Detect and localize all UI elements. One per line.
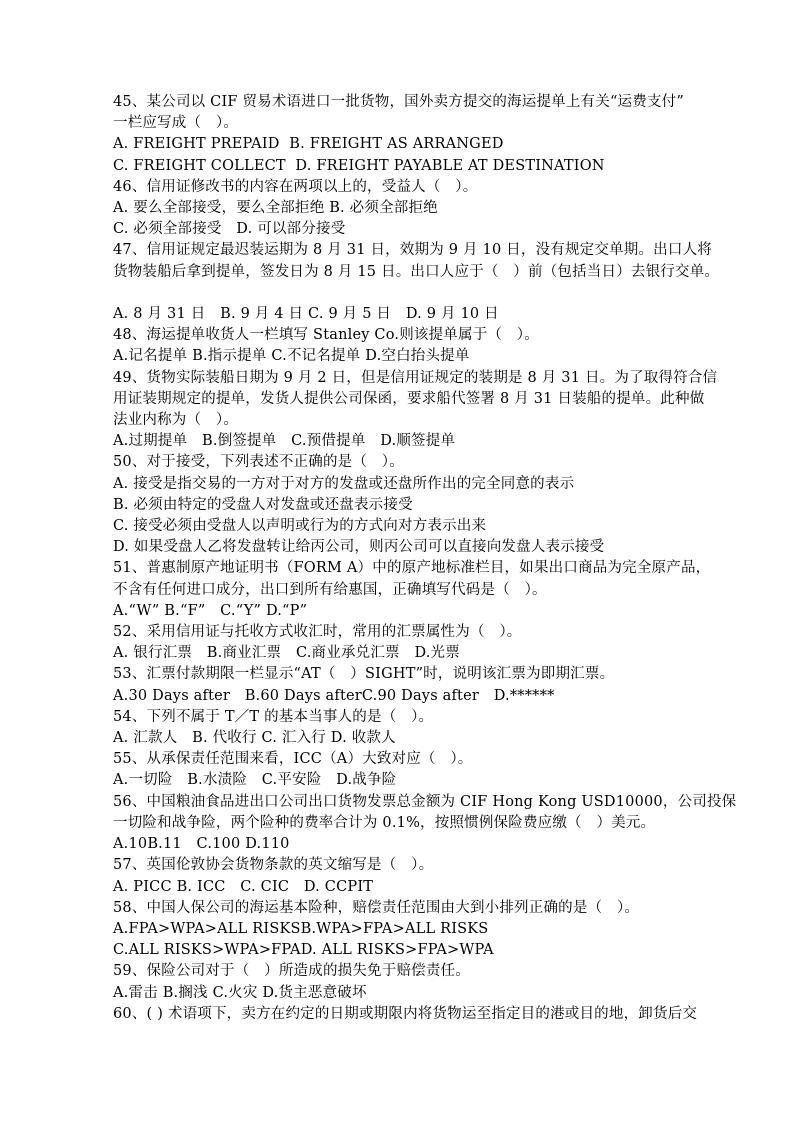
question-56: 56、中国粮油食品进出口公司出口货物发票总金额为 CIF Hong Kong U… [113,792,688,856]
question-line: 一切险和战争险，两个险种的费率合计为 0.1%，按照惯例保险费应缴（ ）美元。 [113,813,688,834]
question-line: 一栏应写成（ ）。 [113,113,688,134]
question-line: A.记名提单 B.指示提单 C.不记名提单 D.空白抬头提单 [113,346,688,367]
question-line: C.ALL RISKS>WPA>FPAD. ALL RISKS>FPA>WPA [113,940,688,961]
question-line: 49、货物实际装船日期为 9 月 2 日，但是信用证规定的装期是 8 月 31 … [113,368,688,389]
question-line: 60、( ) 术语项下，卖方在约定的日期或期限内将货物运至指定目的港或目的地，卸… [113,1004,688,1025]
question-47: 47、信用证规定最迟装运期为 8 月 31 日，效期为 9 月 10 日，没有规… [113,240,688,325]
question-line: 48、海运提单收货人一栏填写 Stanley Co.则该提单属于（ ）。 [113,325,688,346]
question-line: 不含有任何进口成分，出口到所有给惠国，正确填写代码是（ ）。 [113,580,688,601]
question-line: A.雷击 B.搁浅 C.火灾 D.货主恶意破坏 [113,983,688,1004]
question-line: A. 要么全部接受，要么全部拒绝 B. 必须全部拒绝 [113,198,688,219]
question-48: 48、海运提单收货人一栏填写 Stanley Co.则该提单属于（ ）。A.记名… [113,325,688,367]
question-line: A.一切险 B.水渍险 C.平安险 D.战争险 [113,770,688,791]
question-51: 51、普惠制原产地证明书（FORM A）中的原产地标准栏目，如果出口商品为完全原… [113,558,688,622]
question-line: 法业内称为（ ）。 [113,410,688,431]
question-54: 54、下列不属于 T／T 的基本当事人的是（ ）。A. 汇款人 B. 代收行 C… [113,707,688,749]
question-line: C. 必须全部接受 D. 可以部分接受 [113,219,688,240]
question-line: A. FREIGHT PREPAID B. FREIGHT AS ARRANGE… [113,134,688,155]
question-59: 59、保险公司对于（ ）所造成的损失免于赔偿责任。A.雷击 B.搁浅 C.火灾 … [113,961,688,1003]
document-page: 45、某公司以 CIF 贸易术语进口一批货物，国外卖方提交的海运提单上有关“运费… [0,0,794,1123]
question-line: A. 汇款人 B. 代收行 C. 汇入行 D. 收款人 [113,728,688,749]
question-60: 60、( ) 术语项下，卖方在约定的日期或期限内将货物运至指定目的港或目的地，卸… [113,1004,688,1025]
question-line: 58、中国人保公司的海运基本险种，赔偿责任范围由大到小排列正确的是（ ）。 [113,898,688,919]
question-line: 57、英国伦敦协会货物条款的英文缩写是（ ）。 [113,855,688,876]
question-line: A.过期提单 B.倒签提单 C.预借提单 D.顺签提单 [113,431,688,452]
question-52: 52、采用信用证与托收方式收汇时，常用的汇票属性为（ ）。A. 银行汇票 B.商… [113,622,688,664]
blank-line [113,283,688,304]
question-line: 54、下列不属于 T／T 的基本当事人的是（ ）。 [113,707,688,728]
question-line: A.10B.11 C.100 D.110 [113,834,688,855]
question-line: 50、对于接受，下列表述不正确的是（ ）。 [113,452,688,473]
question-line: 46、信用证修改书的内容在两项以上的，受益人（ ）。 [113,177,688,198]
question-line: A. 接受是指交易的一方对于对方的发盘或还盘所作出的完全同意的表示 [113,474,688,495]
question-49: 49、货物实际装船日期为 9 月 2 日，但是信用证规定的装期是 8 月 31 … [113,368,688,453]
question-line: 56、中国粮油食品进出口公司出口货物发票总金额为 CIF Hong Kong U… [113,792,688,813]
question-line: C. FREIGHT COLLECT D. FREIGHT PAYABLE AT… [113,156,688,177]
question-line: A. PICC B. ICC C. CIC D. CCPIT [113,877,688,898]
question-line: A.30 Days after B.60 Days afterC.90 Days… [113,686,688,707]
question-line: B. 必须由特定的受盘人对发盘或还盘表示接受 [113,495,688,516]
question-57: 57、英国伦敦协会货物条款的英文缩写是（ ）。A. PICC B. ICC C.… [113,855,688,897]
question-line: D. 如果受盘人乙将发盘转让给丙公司，则丙公司可以直接向发盘人表示接受 [113,537,688,558]
question-line: A. 8 月 31 日 B. 9 月 4 日 C. 9 月 5 日 D. 9 月… [113,304,688,325]
question-45: 45、某公司以 CIF 贸易术语进口一批货物，国外卖方提交的海运提单上有关“运费… [113,92,688,177]
question-line: 52、采用信用证与托收方式收汇时，常用的汇票属性为（ ）。 [113,622,688,643]
question-line: 51、普惠制原产地证明书（FORM A）中的原产地标准栏目，如果出口商品为完全原… [113,558,688,579]
question-line: 货物装船后拿到提单，签发日为 8 月 15 日。出口人应于（ ）前（包括当日）去… [113,262,688,283]
question-line: A.FPA>WPA>ALL RISKSB.WPA>FPA>ALL RISKS [113,919,688,940]
question-line: 59、保险公司对于（ ）所造成的损失免于赔偿责任。 [113,961,688,982]
question-line: 45、某公司以 CIF 贸易术语进口一批货物，国外卖方提交的海运提单上有关“运费… [113,92,688,113]
question-53: 53、汇票付款期限一栏显示“AT（ ）SIGHT”时，说明该汇票为即期汇票。A.… [113,664,688,706]
question-line: A.“W” B.“F” C.“Y” D.“P” [113,601,688,622]
question-line: 用证装期规定的提单，发货人提供公司保函，要求船代签署 8 月 31 日装船的提单… [113,389,688,410]
question-line: 47、信用证规定最迟装运期为 8 月 31 日，效期为 9 月 10 日，没有规… [113,240,688,261]
question-list: 45、某公司以 CIF 贸易术语进口一批货物，国外卖方提交的海运提单上有关“运费… [113,92,688,1025]
question-line: 55、从承保责任范围来看，ICC（A）大致对应（ ）。 [113,749,688,770]
question-line: A. 银行汇票 B.商业汇票 C.商业承兑汇票 D.光票 [113,643,688,664]
question-line: 53、汇票付款期限一栏显示“AT（ ）SIGHT”时，说明该汇票为即期汇票。 [113,664,688,685]
question-50: 50、对于接受，下列表述不正确的是（ ）。A. 接受是指交易的一方对于对方的发盘… [113,452,688,558]
question-46: 46、信用证修改书的内容在两项以上的，受益人（ ）。A. 要么全部接受，要么全部… [113,177,688,241]
question-line: C. 接受必须由受盘人以声明或行为的方式向对方表示出来 [113,516,688,537]
question-58: 58、中国人保公司的海运基本险种，赔偿责任范围由大到小排列正确的是（ ）。A.F… [113,898,688,962]
question-55: 55、从承保责任范围来看，ICC（A）大致对应（ ）。A.一切险 B.水渍险 C… [113,749,688,791]
